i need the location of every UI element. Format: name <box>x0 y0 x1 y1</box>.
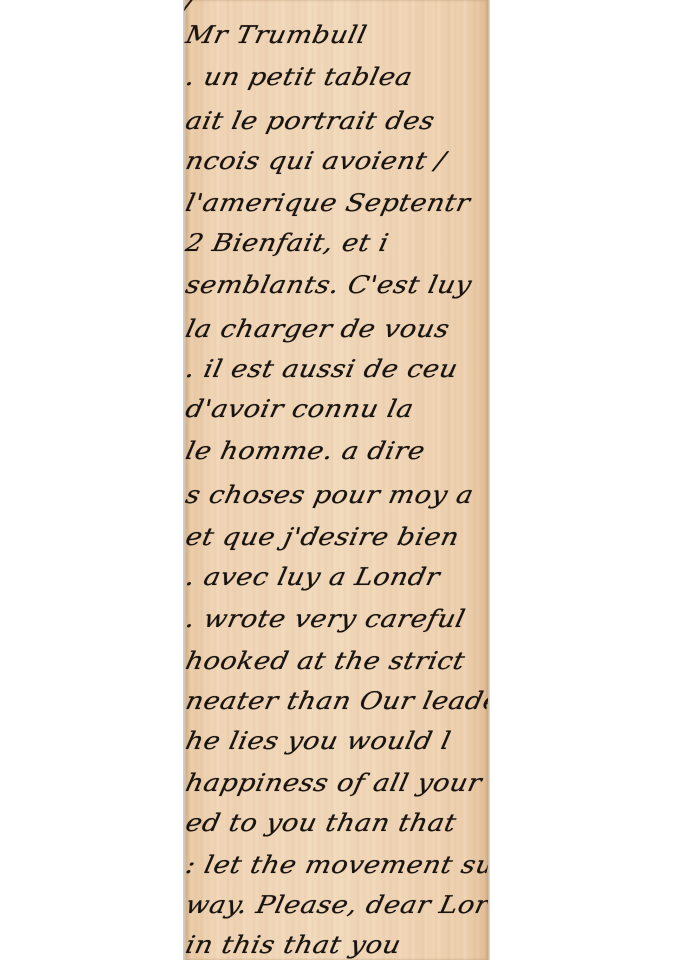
script-line: . il est aussi de ceu <box>183 356 491 384</box>
script-line: : let the movement supp <box>183 852 491 880</box>
script-line: et que j'desire bien <box>183 524 491 552</box>
script-line: la charger de vous <box>183 316 491 344</box>
script-line: way. Please, dear Lord <box>183 892 491 920</box>
script-line: hooked at the strict <box>183 648 491 676</box>
handwritten-script: / Mr Trumbull . un petit tablea ait le p… <box>186 0 488 960</box>
script-line: ait le portrait des <box>183 108 491 136</box>
script-line: semblants. C'est luy <box>183 272 491 300</box>
script-line: ed to you than that <box>183 810 491 838</box>
script-line: he lies you would l <box>183 728 491 756</box>
script-line: . un petit tablea <box>183 64 491 92</box>
script-line: le homme. a dire <box>183 438 491 466</box>
script-line: l'amerique Septentr <box>183 190 491 218</box>
script-line: d'avoir connu la <box>183 396 491 424</box>
script-line: ncois qui avoient / <box>183 148 491 176</box>
script-line: 2 Bienfait, et i <box>183 230 491 258</box>
script-line: . avec luy a Londr <box>183 564 491 592</box>
script-line: happiness of all your hav <box>183 770 491 798</box>
script-line: in this that you <box>183 932 491 960</box>
script-line: . wrote very careful <box>183 606 491 634</box>
script-line: Mr Trumbull <box>183 22 491 50</box>
script-line: s choses pour moy a <box>183 482 491 510</box>
wood-stamp-block: / Mr Trumbull . un petit tablea ait le p… <box>186 0 488 960</box>
block-right-edge <box>488 0 490 960</box>
photo-stage: / Mr Trumbull . un petit tablea ait le p… <box>0 0 684 960</box>
script-line: / <box>183 0 491 15</box>
script-line: neater than Our leader. <box>183 688 491 716</box>
